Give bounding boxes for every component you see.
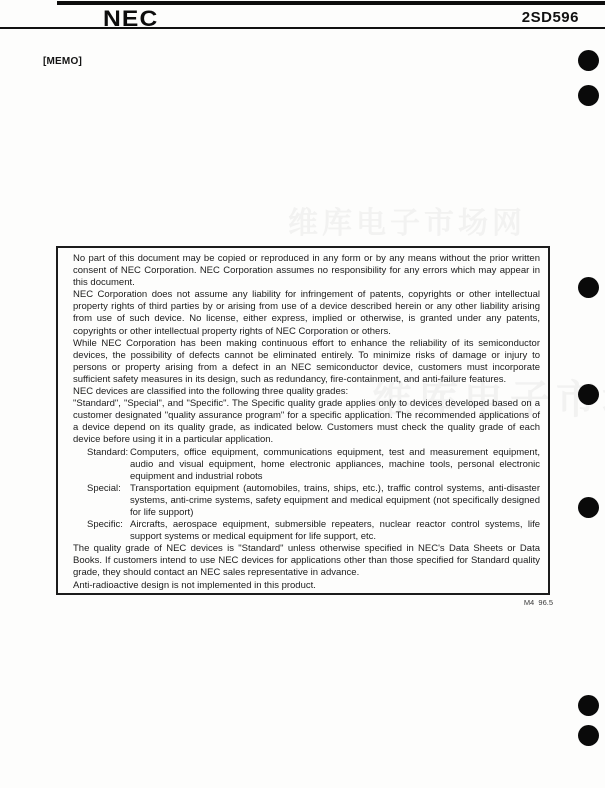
quality-grade-label: Special:: [73, 483, 130, 519]
registration-dot: [578, 725, 599, 746]
quality-grade-row: Specific: Aircrafts, aerospace equipment…: [73, 519, 540, 543]
memo-label: [MEMO]: [43, 56, 82, 67]
quality-grade-row: Special: Transportation equipment (autom…: [73, 483, 540, 519]
disclaimer-paragraph: Anti-radioactive design is not implement…: [73, 580, 540, 592]
disclaimer-paragraph: The quality grade of NEC devices is "Sta…: [73, 543, 540, 579]
registration-dot: [578, 50, 599, 71]
disclaimer-box: No part of this document may be copied o…: [56, 246, 550, 595]
header-top-bar: [57, 1, 605, 5]
doc-code: M4 96.5: [524, 598, 553, 607]
watermark-text: 维库电子市场网: [288, 198, 526, 242]
registration-dot: [578, 85, 599, 106]
disclaimer-paragraph: While NEC Corporation has been making co…: [73, 338, 540, 386]
quality-grade-row: Standard: Computers, office equipment, c…: [73, 447, 540, 483]
registration-dot: [578, 384, 599, 405]
disclaimer-paragraph: NEC Corporation does not assume any liab…: [73, 289, 540, 337]
part-number: 2SD596: [522, 9, 579, 26]
disclaimer-paragraph: NEC devices are classified into the foll…: [73, 386, 540, 398]
quality-grade-description: Transportation equipment (automobiles, t…: [130, 483, 540, 519]
registration-dot: [578, 695, 599, 716]
disclaimer-paragraph: No part of this document may be copied o…: [73, 253, 540, 289]
registration-dot: [578, 277, 599, 298]
quality-grade-description: Computers, office equipment, communicati…: [130, 447, 540, 483]
quality-grade-label: Standard:: [73, 447, 130, 483]
datasheet-page: NEC 2SD596 [MEMO] 维库电子市场网 维库电子市场网 No par…: [0, 0, 605, 788]
quality-grade-label: Specific:: [73, 519, 130, 543]
disclaimer-paragraph: "Standard", "Special", and "Specific". T…: [73, 398, 540, 446]
quality-grade-description: Aircrafts, aerospace equipment, submersi…: [130, 519, 540, 543]
registration-dot: [578, 497, 599, 518]
header-rule: [0, 27, 605, 29]
